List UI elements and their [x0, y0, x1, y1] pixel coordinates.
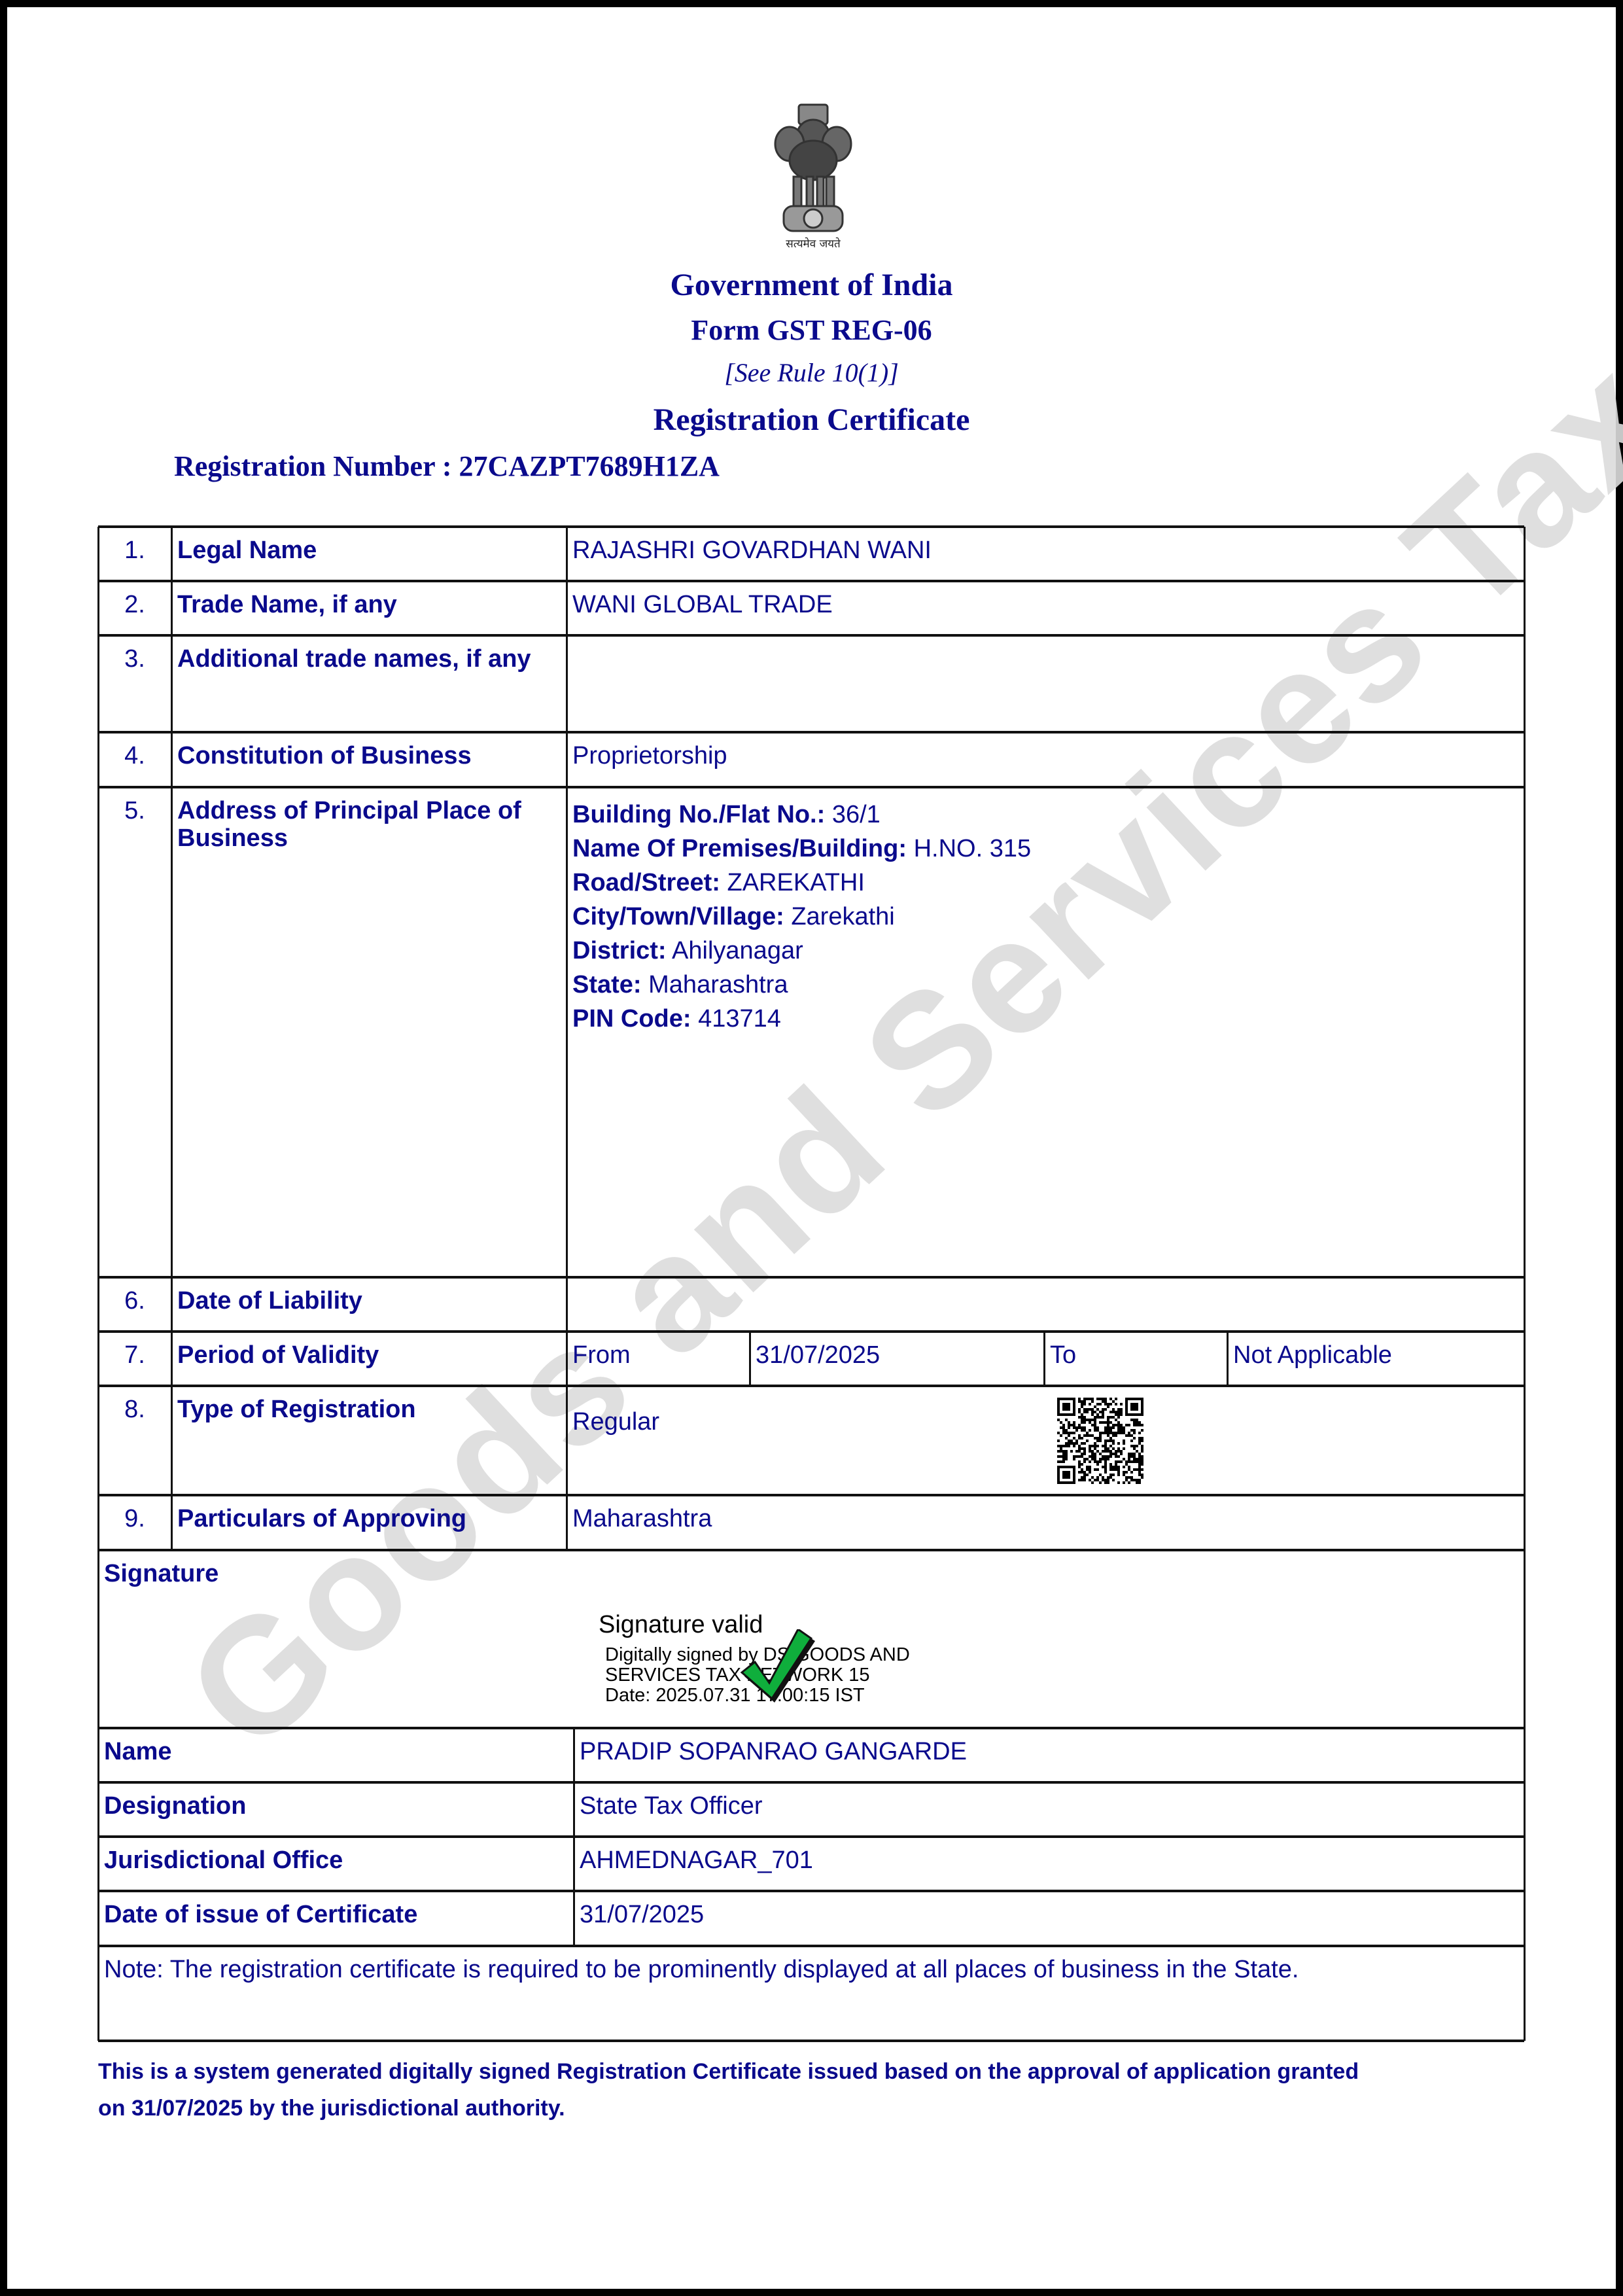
row-number: 3. — [98, 635, 171, 732]
address-field-label: District: — [572, 937, 667, 964]
table-rule — [98, 2040, 1524, 2042]
table-rule — [566, 527, 568, 1550]
row-number: 9. — [98, 1495, 171, 1550]
row-number: 4. — [98, 732, 171, 787]
row-value — [567, 1277, 1524, 1332]
address-field-value: H.NO. 315 — [914, 835, 1032, 862]
footer-line-2: on 31/07/2025 by the jurisdictional auth… — [98, 2090, 1537, 2127]
table-rule — [98, 1276, 1524, 1279]
table-rule — [98, 1330, 1524, 1333]
row-value — [567, 635, 1524, 732]
row-label: Trade Name, if any — [171, 581, 567, 635]
row-number: 2. — [98, 581, 171, 635]
table-rule — [98, 580, 1524, 582]
address-field-value: Ahilyanagar — [672, 937, 803, 964]
national-emblem-icon: सत्यमेव जयते — [761, 98, 865, 252]
footer-line-1: This is a system generated digitally sig… — [98, 2053, 1537, 2090]
table-rule — [98, 525, 1524, 528]
table-rule — [98, 1385, 1524, 1387]
system-generated-note: This is a system generated digitally sig… — [98, 2053, 1537, 2127]
address-line: State: Maharashtra — [572, 968, 1518, 1002]
officer-value: 31/07/2025 — [574, 1891, 1524, 1946]
rule-reference: [See Rule 10(1)] — [0, 357, 1623, 388]
row-value: RAJASHRI GOVARDHAN WANI — [567, 527, 1524, 581]
row-label: Legal Name — [171, 527, 567, 581]
row-label: Address of Principal Place of Business — [171, 787, 567, 1277]
table-rule — [1524, 527, 1526, 1550]
officer-label: Date of issue of Certificate — [98, 1891, 574, 1946]
validity-from-date: 31/07/2025 — [750, 1332, 1044, 1386]
row-label: Additional trade names, if any — [171, 635, 567, 732]
address-line: Road/Street: ZAREKATHI — [572, 866, 1518, 900]
table-rule — [98, 634, 1524, 637]
officer-value: State Tax Officer — [574, 1782, 1524, 1837]
table-rule — [171, 527, 173, 1550]
qr-code-icon — [1057, 1398, 1143, 1484]
address-field-value: 413714 — [698, 1005, 781, 1033]
table-rule — [1227, 1332, 1229, 1386]
address-value: Building No./Flat No.: 36/1Name Of Premi… — [567, 787, 1524, 1277]
row-value: Proprietorship — [567, 732, 1524, 787]
address-line: District: Ahilyanagar — [572, 934, 1518, 968]
address-line: PIN Code: 413714 — [572, 1002, 1518, 1036]
row-label: Particulars of Approving — [171, 1495, 567, 1550]
address-field-label: Building No./Flat No.: — [572, 801, 825, 828]
address-field-label: State: — [572, 971, 642, 998]
row-value: WANI GLOBAL TRADE — [567, 581, 1524, 635]
officer-value: PRADIP SOPANRAO GANGARDE — [574, 1728, 1524, 1782]
government-heading: Government of India — [0, 267, 1623, 303]
registration-number: Registration Number : 27CAZPT7689H1ZA — [174, 450, 720, 483]
address-line: Name Of Premises/Building: H.NO. 315 — [572, 832, 1518, 866]
officer-label: Designation — [98, 1782, 574, 1837]
table-rule — [573, 1728, 575, 1946]
address-field-label: City/Town/Village: — [572, 903, 784, 930]
address-field-label: Road/Street: — [572, 869, 720, 896]
row-label: Type of Registration — [171, 1386, 567, 1495]
table-rule — [98, 786, 1524, 788]
address-line: Building No./Flat No.: 36/1 — [572, 798, 1518, 832]
emblem-motto: सत्यमेव जयते — [786, 237, 841, 251]
row-label: Date of Liability — [171, 1277, 567, 1332]
row-number: 1. — [98, 527, 171, 581]
row-number: 5. — [98, 787, 171, 1277]
row-value: Regular — [567, 1386, 1524, 1495]
row-label: Period of Validity — [171, 1332, 567, 1386]
table-rule — [1043, 1332, 1045, 1386]
validity-to-date: Not Applicable — [1227, 1332, 1524, 1386]
address-field-label: PIN Code: — [572, 1005, 691, 1033]
certificate-title: Registration Certificate — [0, 402, 1623, 438]
registration-number-label: Registration Number : — [174, 450, 451, 482]
row-number: 7. — [98, 1332, 171, 1386]
note: Note: The registration certificate is re… — [98, 1946, 1524, 2041]
validity-to-label: To — [1044, 1332, 1227, 1386]
address-field-value: Zarekathi — [791, 903, 894, 930]
officer-label: Jurisdictional Office — [98, 1837, 574, 1891]
address-line: City/Town/Village: Zarekathi — [572, 900, 1518, 934]
table-rule — [97, 527, 99, 1550]
check-mark-icon — [738, 1629, 816, 1708]
address-field-label: Name Of Premises/Building: — [572, 835, 907, 862]
registration-number-value: 27CAZPT7689H1ZA — [459, 450, 719, 482]
address-field-value: Maharashtra — [648, 971, 788, 998]
table-rule — [749, 1332, 751, 1386]
officer-value: AHMEDNAGAR_701 — [574, 1837, 1524, 1891]
row-label: Constitution of Business — [171, 732, 567, 787]
address-field-value: 36/1 — [832, 801, 881, 828]
table-rule — [98, 731, 1524, 733]
address-field-value: ZAREKATHI — [727, 869, 864, 896]
table-rule — [98, 1494, 1524, 1496]
row-value: Maharashtra — [567, 1495, 1524, 1550]
row-number: 6. — [98, 1277, 171, 1332]
validity-from-label: From — [567, 1332, 750, 1386]
officer-label: Name — [98, 1728, 574, 1782]
row-number: 8. — [98, 1386, 171, 1495]
form-title: Form GST REG-06 — [0, 313, 1623, 347]
